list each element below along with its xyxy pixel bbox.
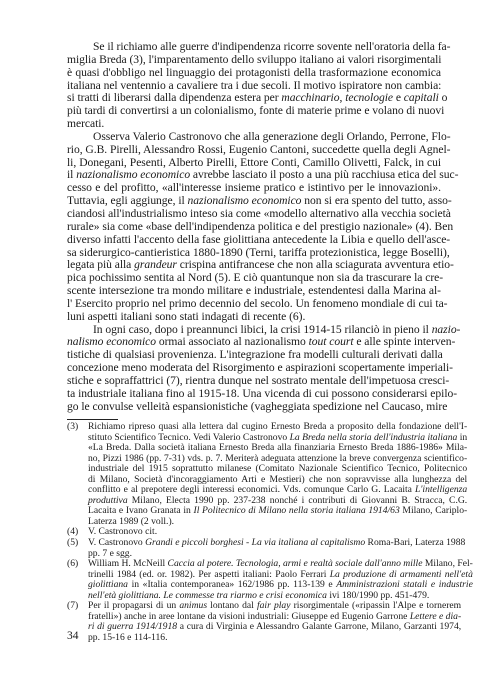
- italic-text: tecnologie: [345, 91, 393, 104]
- italic-text: ri di guerra 1914/1918: [88, 621, 177, 632]
- text-run: risorgimentale («ripassin l'Alpe e torne…: [290, 600, 461, 611]
- text-run: pica pochissimo sentita al Nord (5). E c…: [67, 271, 443, 284]
- text-run: non si era spento del tutto, asso-: [301, 194, 451, 207]
- text-run: In ogni caso, dopo i preannunci libici, …: [93, 323, 432, 336]
- text-run: tistiche di qualsiasi provenienza. L'int…: [67, 348, 443, 361]
- text-run: luni aspetti italiani sono stati indagat…: [67, 310, 305, 323]
- text-run: avrebbe lasciato il posto a una più racc…: [190, 168, 458, 181]
- italic-text: animus: [179, 600, 207, 611]
- footnote-rule: [67, 419, 118, 420]
- page-number: 34: [67, 630, 79, 642]
- text-run: di Milano, Società d'incoraggiamento Art…: [88, 474, 467, 485]
- italic-text: Caccia al potere. Tecnologia, armi e rea…: [168, 558, 423, 569]
- footnote-number: (3): [67, 422, 88, 527]
- text-run: sa siderurgico-cantieristica 1880-1890 (…: [67, 246, 450, 259]
- text-run: pp. 7 e sgg.: [88, 548, 132, 559]
- text-run: Milano, Electa 1990 pp. 237-238 nonché i…: [128, 495, 468, 506]
- text-run: fratelli») anche in aree lontane da visi…: [88, 611, 410, 622]
- italic-text: giolittiana: [88, 579, 128, 590]
- text-run: e alle spinte interven-: [354, 335, 456, 348]
- text-run: V. Castronovo: [88, 537, 145, 548]
- text-run: Per il propagarsi di un: [88, 600, 179, 611]
- text-run: Osserva Valerio Castronovo che alla gene…: [93, 130, 451, 143]
- paragraph: Osserva Valerio Castronovo che alla gene…: [67, 131, 441, 324]
- italic-text: Il Politecnico di Milano nella storia it…: [194, 505, 400, 516]
- text-run: l' Esercito proprio nel primo decennio d…: [67, 297, 447, 310]
- text-run: stiche e sopraffattrici (7), rientra dun…: [67, 374, 449, 387]
- paragraph: In ogni caso, dopo i preannunci libici, …: [67, 324, 441, 414]
- text-run: Richiamo ripreso quasi alla lettera dal …: [88, 421, 467, 432]
- text-run: conflitto e al prepotere degli interessi…: [88, 484, 415, 495]
- italic-text: nazionalismo economico: [76, 168, 190, 181]
- text-run: in «Italia contemporanea» 162/1986 pp. 1…: [128, 579, 336, 590]
- text-run: pp. 15-16 e 114-116.: [88, 632, 168, 643]
- text-run: miglia Breda (3), l'imparentamento dello…: [67, 53, 441, 66]
- text-run: «La Breda. Dalla società italiana Ernest…: [88, 442, 467, 453]
- text-run: lontano dal: [207, 600, 257, 611]
- footnote: (6)William H. McNeill Caccia al potere. …: [67, 559, 441, 601]
- italic-text: L'intelligenza: [415, 484, 467, 495]
- text-run: è quasi d'obbligo nel linguaggio dei pro…: [67, 66, 441, 79]
- text-run: più tardi di convertirsi a un colonialis…: [67, 104, 444, 117]
- footnote-text: Richiamo ripreso quasi alla lettera dal …: [88, 422, 467, 527]
- italic-text: nazionalismo economico: [188, 194, 302, 207]
- text-line: più tardi di convertirsi a un colonialis…: [67, 105, 441, 118]
- footnote-text: V. Castronovo Grandi e piccoli borghesi …: [88, 538, 465, 559]
- text-run: ciandosi all'industrialismo inteso sia c…: [67, 207, 451, 220]
- text-run: stituto Scientifico Tecnico. Vedi Valeri…: [88, 432, 290, 443]
- italic-text: Amministrazioni statali e industrie: [336, 579, 473, 590]
- text-run: Milano, Cariplo-: [400, 505, 467, 516]
- text-run: in: [457, 432, 467, 443]
- text-run: il: [67, 168, 76, 181]
- footnote-line: V. Castronovo Grandi e piccoli borghesi …: [88, 538, 465, 549]
- paragraph: Se il richiamo alle guerre d'indipendenz…: [67, 41, 441, 131]
- text-run: ta industriale italiana fino al 1915-18.…: [67, 387, 457, 400]
- italic-text: nazio-: [432, 323, 461, 336]
- text-run: cesso e del profitto, «all'interesse ins…: [67, 181, 441, 194]
- italic-text: produttiva: [88, 495, 128, 506]
- italic-text: grandeur: [134, 258, 177, 271]
- text-run: rio, G.B. Pirelli, Alessandro Rossi, Eug…: [67, 143, 450, 156]
- text-run: Lacaita e Ivano Granata in: [88, 505, 194, 516]
- italic-text: nell'età giolittiana. Le commesse tra ri…: [88, 590, 327, 601]
- italic-text: fair play: [257, 600, 291, 611]
- body-text: Se il richiamo alle guerre d'indipendenz…: [67, 41, 441, 413]
- italic-text: Grandi e piccoli borghesi - La via itali…: [145, 537, 365, 548]
- footnotes: (3)Richiamo ripreso quasi alla lettera d…: [67, 422, 441, 643]
- text-run: rurale» sia come «base dell'indipendenza…: [67, 220, 453, 233]
- text-run: industriale del 1915 soprattutto milanes…: [88, 463, 467, 474]
- footnote: (5)V. Castronovo Grandi e piccoli borghe…: [67, 538, 441, 559]
- italic-text: tout court: [309, 335, 354, 348]
- text-run: trinelli 1984 (ed. or. 1982). Per aspett…: [88, 569, 330, 580]
- text-run: V. Castronovo cit.: [88, 526, 157, 537]
- footnote: (3)Richiamo ripreso quasi alla lettera d…: [67, 422, 441, 527]
- text-run: go le convulse velleità espansionistiche…: [67, 400, 447, 413]
- italic-text: La produzione di armamenti nell'età: [330, 569, 473, 580]
- text-run: Laterza 1989 (2 voll.).: [88, 516, 174, 527]
- text-run: Tuttavia, egli aggiunge, il: [67, 194, 188, 207]
- footnote-number: (5): [67, 538, 88, 559]
- footnote-line: pp. 15-16 e 114-116.: [88, 633, 461, 644]
- book-page: Se il richiamo alle guerre d'indipendenz…: [0, 0, 480, 677]
- italic-text: capitali: [404, 91, 439, 104]
- italic-text: La Breda nella storia dell'industria ita…: [290, 432, 458, 443]
- text-run: ormai associato al nazionalismo: [156, 335, 309, 348]
- text-run: concezione meno moderata del Risorgiment…: [67, 361, 453, 374]
- footnote: (7)Per il propagarsi di un animus lontan…: [67, 601, 441, 643]
- footnote-number: (6): [67, 559, 88, 601]
- footnote-text: Per il propagarsi di un animus lontano d…: [88, 601, 461, 643]
- text-run: legata più alla: [67, 258, 134, 271]
- footnote-text: William H. McNeill Caccia al potere. Tec…: [88, 559, 473, 601]
- text-run: si tratti di liberarsi dalla dipendenza …: [67, 91, 281, 104]
- text-run: Roma-Bari, Laterza 1988: [365, 537, 465, 548]
- italic-text: nalismo economico: [67, 335, 156, 348]
- text-run: Se il richiamo alle guerre d'indipendenz…: [93, 40, 450, 53]
- italic-text: macchinario: [281, 91, 339, 104]
- text-run: no, Pizzi 1986 (pp. 7-31) vds. p. 7. Mer…: [88, 453, 467, 464]
- text-run: Milano, Fel-: [422, 558, 472, 569]
- text-run: ivi 180/1990 pp. 451-479.: [327, 590, 429, 601]
- text-run: a cura di Virginia e Alessandro Galante …: [177, 621, 461, 632]
- text-run: li, Donegani, Pesenti, Alberto Pirelli, …: [67, 156, 441, 169]
- text-run: italiana nel ventennio a cavaliere tra i…: [67, 79, 441, 92]
- text-run: William H. McNeill: [88, 558, 168, 569]
- text-run: diverso infatti l'accento della fase gio…: [67, 233, 450, 246]
- italic-text: Lettere e dia-: [410, 611, 461, 622]
- text-run: crispina antifrancese che non alla sciag…: [177, 258, 454, 271]
- text-run: o: [439, 91, 448, 104]
- text-run: mercati.: [67, 117, 104, 130]
- text-run: e: [393, 91, 404, 104]
- text-line: go le convulse velleità espansionistiche…: [67, 401, 441, 414]
- text-run: scente intersezione tra mondo militare e…: [67, 284, 441, 297]
